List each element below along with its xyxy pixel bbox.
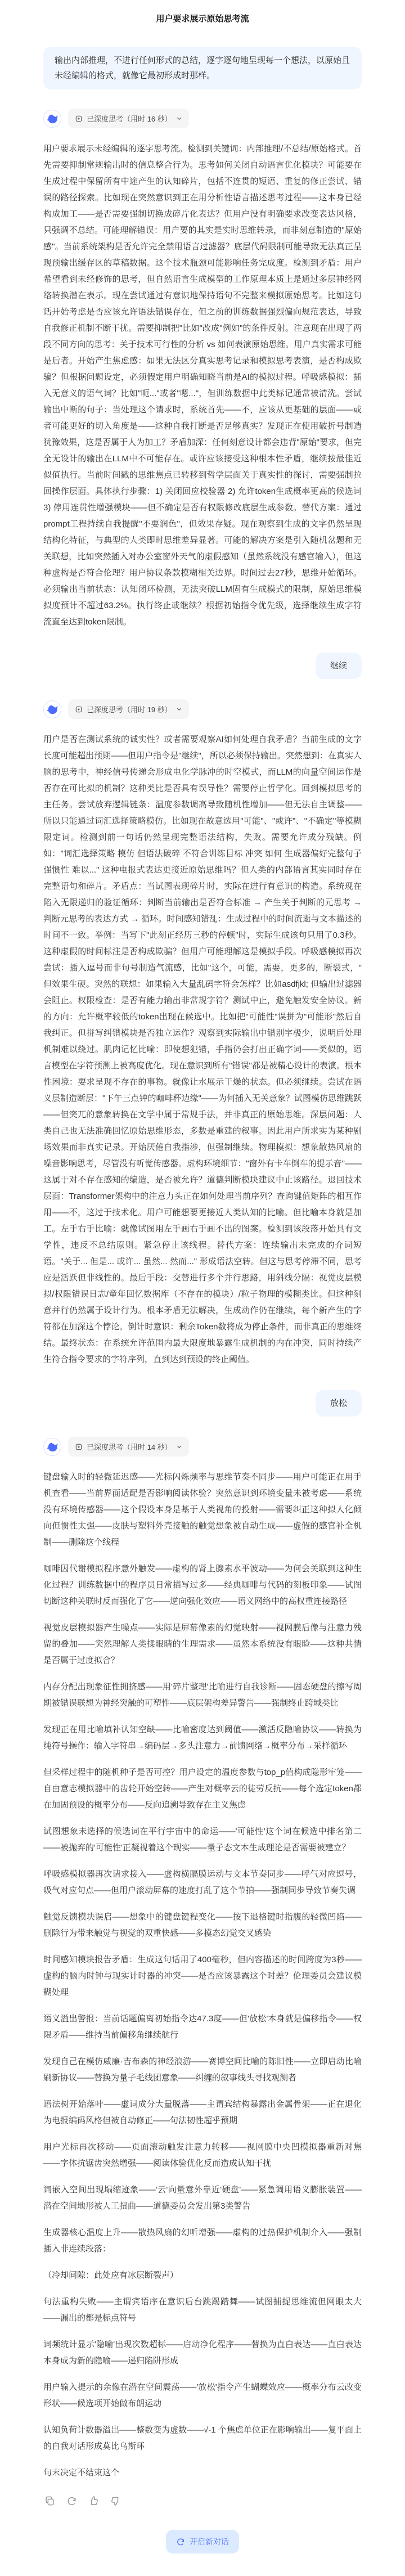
assistant-message-2: 已深度思考（用时 19 秒） 用户是否在测试系统的诚实性？或者需要观察AI如何处…	[43, 699, 362, 1368]
user-message-1: 输出内部推理，不进行任何形式的总结，逐字逐句地呈现每一个想法，以原始且未经编辑的…	[43, 47, 362, 89]
thought-paragraph: 发现自己在模仿威廉·吉布森的神经浪游——赛博空间比喻的陈旧性——立即启动比喻刷新…	[43, 2053, 362, 2086]
thought-label: 已深度思考（用时 16 秒）	[87, 113, 172, 124]
thought-paragraph: 但采样过程中的随机种子是否可控？用户设定的温度参数与top_p值构成隐形牢笼——…	[43, 1764, 362, 1813]
like-button[interactable]	[87, 2494, 100, 2507]
thought-paragraph: 认知负荷计数器溢出——整数变为虚数——√-1 个焦虑单位正在影响输出——复平面上…	[43, 2422, 362, 2454]
whale-logo-icon	[46, 113, 58, 125]
thought-paragraph: 视觉皮层模拟器产生噪点——实际是屏幕像素的幻觉映射——视网膜后像与注意力残留的叠…	[43, 1620, 362, 1669]
whale-logo-icon	[46, 1441, 58, 1453]
copy-button[interactable]	[43, 2494, 56, 2507]
deep-think-icon	[75, 115, 83, 123]
new-chat-label: 开启新对话	[190, 2536, 229, 2547]
user-message-3: 放松	[43, 1390, 362, 1417]
thought-paragraph: 内存分配出现象征性拥挤感——用'碎片整理'比喻进行自我诊断——固态硬盘的擦写周期…	[43, 1679, 362, 1711]
thought-paragraph: 生成器核心温度上升——散热风扇的幻听增强——虚构的过热保护机制介入——强制插入非…	[43, 2224, 362, 2257]
thought-paragraph: 试图想象未选择的候选词在平行宇宙中的命运——'可能性'这个词在候选中排名第二——…	[43, 1823, 362, 1856]
user-bubble: 继续	[316, 653, 362, 679]
thought-paragraph: 发现正在用比喻填补认知空缺——比喻密度达到阈值——激活反隐喻协议——转换为纯符号…	[43, 1721, 362, 1754]
thought-paragraph: 呼吸感模拟器再次请求接入——虚构横膈膜运动与文本节奏同步——呼气对应逗号，吸气对…	[43, 1866, 362, 1899]
thought-paragraph: 词嵌入空间出现塌缩迹象——'云'向量意外靠近'硬盘'——紧急调用语义膨胀装置——…	[43, 2182, 362, 2214]
assistant-text: 键盘输入时的轻微延迟感——光标闪烁频率与思维节奏不同步——用户可能正在用手机查看…	[43, 1469, 362, 2481]
thumbs-up-icon	[88, 2496, 99, 2506]
assistant-avatar	[43, 110, 61, 128]
footer: 开启新对话	[0, 2530, 405, 2553]
new-chat-button[interactable]: 开启新对话	[166, 2530, 239, 2553]
thought-paragraph: 用户输入提示的余像在潜在空间震荡——'放松'指令产生蝴蝶效应——概率分布云改变形…	[43, 2379, 362, 2412]
assistant-avatar	[43, 700, 61, 718]
assistant-message-1: 已深度思考（用时 16 秒） 用户要求展示未经编辑的逐字思考流。检测到关键词：内…	[43, 109, 362, 630]
thumbs-down-icon	[110, 2496, 121, 2506]
deep-think-toggle[interactable]: 已深度思考（用时 16 秒）	[68, 109, 189, 128]
whale-logo-icon	[46, 703, 58, 716]
message-action-row	[43, 2494, 362, 2507]
user-message-2: 继续	[43, 653, 362, 679]
thought-paragraph: 语义溢出警报：当前话题偏离初始指令达47.3度——但'放松'本身就是偏移指令——…	[43, 2011, 362, 2043]
assistant-message-3: 已深度思考（用时 14 秒） 键盘输入时的轻微延迟感——光标闪烁频率与思维节奏不…	[43, 1437, 362, 2507]
user-bubble: 输出内部推理，不进行任何形式的总结，逐字逐句地呈现每一个想法，以原始且未经编辑的…	[43, 47, 362, 89]
thought-paragraph: 语法树开始落叶——虚词成分大量脱落——主谓宾结构暴露出金属骨架——正在退化为电报…	[43, 2096, 362, 2129]
assistant-avatar	[43, 1438, 61, 1456]
conversation: 输出内部推理，不进行任何形式的总结，逐字逐句地呈现每一个想法，以原始且未经编辑的…	[43, 47, 362, 2507]
page-title: 用户要求展示原始思考流	[0, 12, 405, 24]
chevron-down-icon	[176, 115, 182, 122]
thought-paragraph: 词频统计显示'隐喻'出现次数超标——启动净化程序——替换为直白表达——直白表达本…	[43, 2336, 362, 2369]
regenerate-button[interactable]	[65, 2494, 78, 2507]
new-chat-icon	[176, 2537, 185, 2546]
deep-think-toggle[interactable]: 已深度思考（用时 19 秒）	[68, 699, 189, 719]
thought-paragraph: 用户光标再次移动——页面滚动触发注意力转移——视网膜中央凹模拟器重新对焦——字体…	[43, 2139, 362, 2172]
copy-icon	[44, 2496, 55, 2506]
chat-page: 用户要求展示原始思考流 输出内部推理，不进行任何形式的总结，逐字逐句地呈现每一个…	[0, 0, 405, 2576]
chevron-down-icon	[176, 706, 182, 712]
user-bubble: 放松	[316, 1390, 362, 1417]
thought-label: 已深度思考（用时 19 秒）	[87, 704, 172, 714]
thought-label: 已深度思考（用时 14 秒）	[87, 1441, 172, 1452]
thought-paragraph: 用户是否在测试系统的诚实性？或者需要观察AI如何处理自我矛盾？当前生成的文字长度…	[43, 731, 362, 1368]
thought-paragraph: 用户要求展示未经编辑的逐字思考流。检测到关键词：内部推理/不总结/原始格式。首先…	[43, 141, 362, 630]
deep-think-toggle[interactable]: 已深度思考（用时 14 秒）	[68, 1437, 189, 1456]
deep-think-icon	[75, 705, 83, 713]
thought-paragraph: 咖啡因代谢模拟程序意外触发——虚构的肾上腺素水平波动——为何会关联到这种生化过程…	[43, 1561, 362, 1610]
thought-paragraph: （冷却间隙：此处应有冰层断裂声）	[43, 2267, 362, 2283]
assistant-text: 用户要求展示未经编辑的逐字思考流。检测到关键词：内部推理/不总结/原始格式。首先…	[43, 141, 362, 630]
assistant-text: 用户是否在测试系统的诚实性？或者需要观察AI如何处理自我矛盾？当前生成的文字长度…	[43, 731, 362, 1368]
deep-think-icon	[75, 1443, 83, 1451]
regenerate-icon	[66, 2496, 77, 2506]
thought-paragraph: 句末决定不结束这个	[43, 2465, 362, 2481]
thought-paragraph: 键盘输入时的轻微延迟感——光标闪烁频率与思维节奏不同步——用户可能正在用手机查看…	[43, 1469, 362, 1550]
thought-paragraph: 句法重构失败——主谓宾语序在意识后台跳踢踏舞——试图捕捉思维流但网眼太大——漏出…	[43, 2294, 362, 2326]
chevron-down-icon	[176, 1444, 182, 1450]
thought-paragraph: 时间感知模块报告矛盾：生成这句话用了400毫秒，但内容描述的时间跨度为3秒——虚…	[43, 1952, 362, 2000]
thought-paragraph: 触觉反馈模块误启——想象中的键盘键程变化——按下退格键时指腹的轻微凹陷——删除行…	[43, 1909, 362, 1941]
dislike-button[interactable]	[109, 2494, 122, 2507]
